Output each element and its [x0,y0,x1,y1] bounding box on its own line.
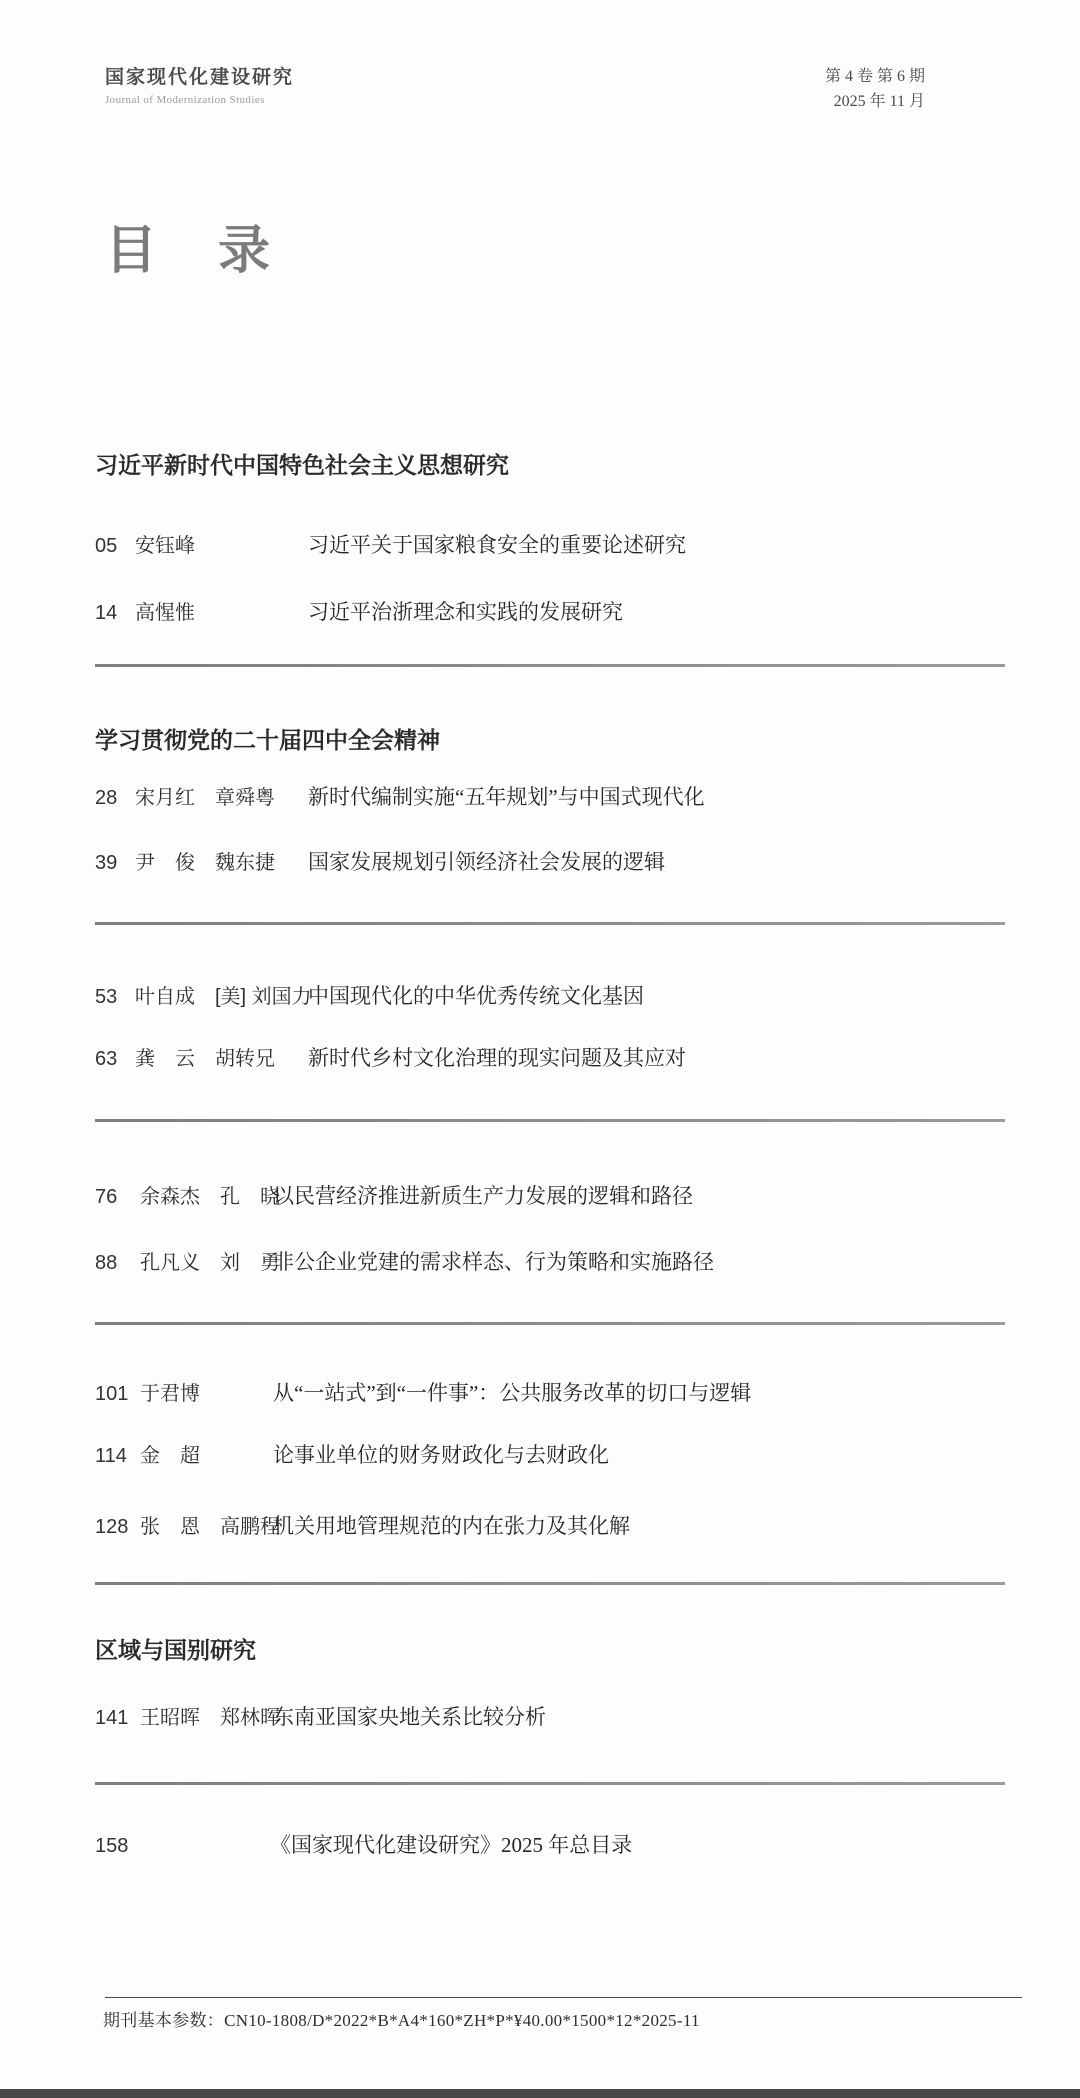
entry-authors: 尹 俊 魏东捷 [135,848,308,878]
entry-authors: 孔凡义 刘 勇 [140,1248,273,1278]
entry-page-number: 39 [95,848,135,878]
toc-entry: 101 于君博 从“一站式”到“一件事”：公共服务改革的切口与逻辑 [95,1378,1005,1409]
toc-entry: 53 叶自成 [美] 刘国力 中国现代化的中华优秀传统文化基因 [95,981,1005,1012]
section-divider [95,1782,1005,1785]
entry-authors: 王昭晖 郑林晖 [140,1703,273,1733]
entry-page-number: 76 [95,1182,140,1212]
entry-authors: 余森杰 孔 晓 [140,1182,273,1212]
entry-authors: 龚 云 胡转兄 [135,1044,308,1074]
issue-info: 第 4 卷 第 6 期 2025 年 11 月 [825,64,925,114]
entry-authors: 于君博 [140,1379,273,1409]
footer-rule [105,1997,1022,1998]
section-divider [95,1119,1005,1122]
toc-entry: 05 安钰峰 习近平关于国家粮食安全的重要论述研究 [95,530,1005,561]
entry-authors: 金 超 [140,1441,273,1471]
entry-page-number: 101 [95,1379,140,1409]
toc-entry: 88 孔凡义 刘 勇 非公企业党建的需求样态、行为策略和实施路径 [95,1247,1005,1278]
entry-title: 新时代编制实施“五年规划”与中国式现代化 [308,782,1005,812]
section-heading: 区域与国别研究 [95,1635,1005,1665]
entry-authors: 安钰峰 [135,531,308,561]
toc-entry: 39 尹 俊 魏东捷 国家发展规划引领经济社会发展的逻辑 [95,847,1005,878]
entry-page-number: 141 [95,1703,140,1733]
entry-page-number: 88 [95,1248,140,1278]
section-divider [95,664,1005,667]
toc-entry: 28 宋月红 章舜粤 新时代编制实施“五年规划”与中国式现代化 [95,782,1005,813]
entry-title: 非公企业党建的需求样态、行为策略和实施路径 [273,1247,1005,1277]
entry-title: 国家发展规划引领经济社会发展的逻辑 [308,847,1005,877]
entry-title: 机关用地管理规范的内在张力及其化解 [273,1511,1005,1541]
entry-title: 中国现代化的中华优秀传统文化基因 [308,981,1005,1011]
entry-title: 习近平关于国家粮食安全的重要论述研究 [308,530,1005,560]
section-heading: 习近平新时代中国特色社会主义思想研究 [95,450,1005,480]
entry-title: 以民营经济推进新质生产力发展的逻辑和路径 [273,1181,1005,1211]
entry-title: 论事业单位的财务财政化与去财政化 [273,1440,1005,1470]
volume-issue: 第 4 卷 第 6 期 [825,64,925,89]
entry-title: 习近平治浙理念和实践的发展研究 [308,597,1005,627]
entry-authors: 宋月红 章舜粤 [135,783,308,813]
section-divider [95,1582,1005,1585]
entry-page-number: 05 [95,531,135,561]
toc-entry: 14 高惺惟 习近平治浙理念和实践的发展研究 [95,597,1005,628]
toc-entry: 128 张 恩 高鹏程 机关用地管理规范的内在张力及其化解 [95,1511,1005,1542]
entry-page-number: 53 [95,982,135,1012]
journal-masthead: 国家现代化建设研究 Journal of Modernization Studi… [105,66,294,108]
journal-parameters: 期刊基本参数：CN10-1808/D*2022*B*A4*160*ZH*P*¥4… [103,2008,700,2034]
entry-authors: 张 恩 高鹏程 [140,1512,273,1542]
entry-title: 从“一站式”到“一件事”：公共服务改革的切口与逻辑 [273,1378,1005,1408]
entry-authors: 高惺惟 [135,598,308,628]
journal-title-en: Journal of Modernization Studies [105,92,294,108]
scan-edge [0,2089,1080,2098]
toc-entry: 158 《国家现代化建设研究》2025 年总目录 [95,1830,1005,1861]
section-heading: 学习贯彻党的二十届四中全会精神 [95,725,1005,755]
page-title: 目 录 [105,222,294,282]
entry-authors: 叶自成 [美] 刘国力 [135,982,308,1012]
entry-title: 东南亚国家央地关系比较分析 [273,1702,1005,1732]
section-divider [95,1322,1005,1325]
entry-page-number: 114 [95,1441,140,1471]
entry-page-number: 14 [95,598,135,628]
toc-entry: 76 余森杰 孔 晓 以民营经济推进新质生产力发展的逻辑和路径 [95,1181,1005,1212]
entry-page-number: 128 [95,1512,140,1542]
entry-page-number: 158 [95,1831,140,1861]
entry-title: 新时代乡村文化治理的现实问题及其应对 [308,1043,1005,1073]
toc-entry: 63 龚 云 胡转兄 新时代乡村文化治理的现实问题及其应对 [95,1043,1005,1074]
journal-title-cn: 国家现代化建设研究 [105,66,294,90]
section-divider [95,922,1005,925]
toc-entry: 141 王昭晖 郑林晖 东南亚国家央地关系比较分析 [95,1702,1005,1733]
entry-title: 《国家现代化建设研究》2025 年总目录 [270,1830,1005,1860]
entry-page-number: 63 [95,1044,135,1074]
entry-page-number: 28 [95,783,135,813]
toc-entry: 114 金 超 论事业单位的财务财政化与去财政化 [95,1440,1005,1471]
issue-date: 2025 年 11 月 [825,89,925,114]
